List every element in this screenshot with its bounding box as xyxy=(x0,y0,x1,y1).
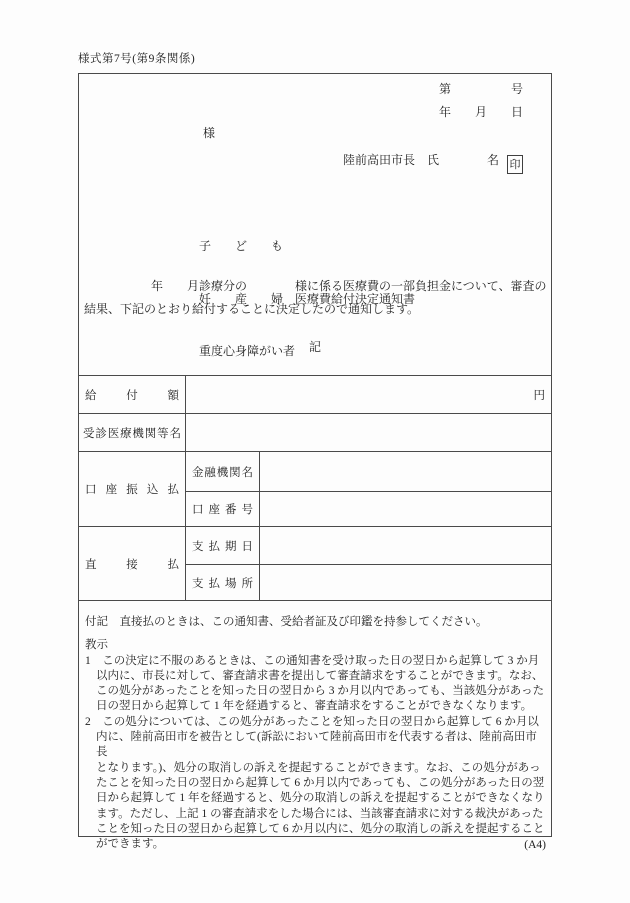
account-number-label: 口座番号 xyxy=(185,491,259,526)
record-mark: 記 xyxy=(79,338,551,355)
title-category-child: 子 ど も xyxy=(199,238,415,256)
body-line-2: 結果、下記のとおり給付することに決定したので通知します。 xyxy=(84,300,419,317)
document-border-box: 第 号 年 月 日 様 陸前高田市長 氏 名印 子 ど も 妊 産 婦医療費給付… xyxy=(78,73,552,837)
sender-line: 陸前高田市長 氏 名印 xyxy=(343,151,523,174)
bank-name-value-cell xyxy=(259,451,551,491)
benefit-table: 給付額 円 受診医療機関等名 口座振込払 金融機関名 口座番号 直接払 支払期日… xyxy=(79,375,551,601)
medical-institution-label: 受診医療機関等名 xyxy=(79,413,185,451)
yen-unit: 円 xyxy=(534,387,546,403)
payment-date-value-cell xyxy=(259,526,551,564)
benefit-amount-label: 給付額 xyxy=(79,376,185,413)
medical-institution-value-cell xyxy=(185,413,551,451)
appendix-note: 付記 直接払のときは、この通知書、受給者証及び印鑑を持参してください。 xyxy=(85,615,545,630)
bank-name-label: 金融機関名 xyxy=(185,451,259,491)
account-number-value-cell xyxy=(259,491,551,526)
document-page: 様式第7号(第9条関係) 第 号 年 月 日 様 陸前高田市長 氏 名印 子 ど… xyxy=(0,0,630,903)
letter-section: 第 号 年 月 日 様 陸前高田市長 氏 名印 子 ど も 妊 産 婦医療費給付… xyxy=(79,74,551,375)
document-number-line: 第 号 xyxy=(439,80,523,97)
instruction-item-2: 2 この処分については、この処分があったことを知った日の翌日から起算して 6 か… xyxy=(85,715,545,853)
notes-section: 付記 直接払のときは、この通知書、受給者証及び印鑑を持参してください。 教示 1… xyxy=(79,601,551,852)
sender-name-text: 陸前高田市長 氏 名 xyxy=(343,153,499,167)
form-number-label: 様式第7号(第9条関係) xyxy=(78,50,195,66)
bank-transfer-payment-label: 口座振込払 xyxy=(79,451,185,526)
date-line: 年 月 日 xyxy=(439,103,523,120)
instruction-heading: 教示 xyxy=(85,638,545,653)
payment-place-value-cell xyxy=(259,564,551,600)
direct-payment-label: 直接払 xyxy=(79,526,185,600)
addressee-line: 様 xyxy=(203,124,215,141)
payment-place-label: 支払場所 xyxy=(185,564,259,600)
paper-size-label: (A4) xyxy=(524,839,546,851)
payment-date-label: 支払期日 xyxy=(185,526,259,564)
instruction-item-1: 1 この決定に不服のあるときは、この通知書を受け取った日の翌日から起算して 3 … xyxy=(85,654,545,715)
body-line-1: 年 月診療分の 様に係る医療費の一部負担金について、審査の xyxy=(151,277,547,294)
seal-box: 印 xyxy=(507,155,523,174)
